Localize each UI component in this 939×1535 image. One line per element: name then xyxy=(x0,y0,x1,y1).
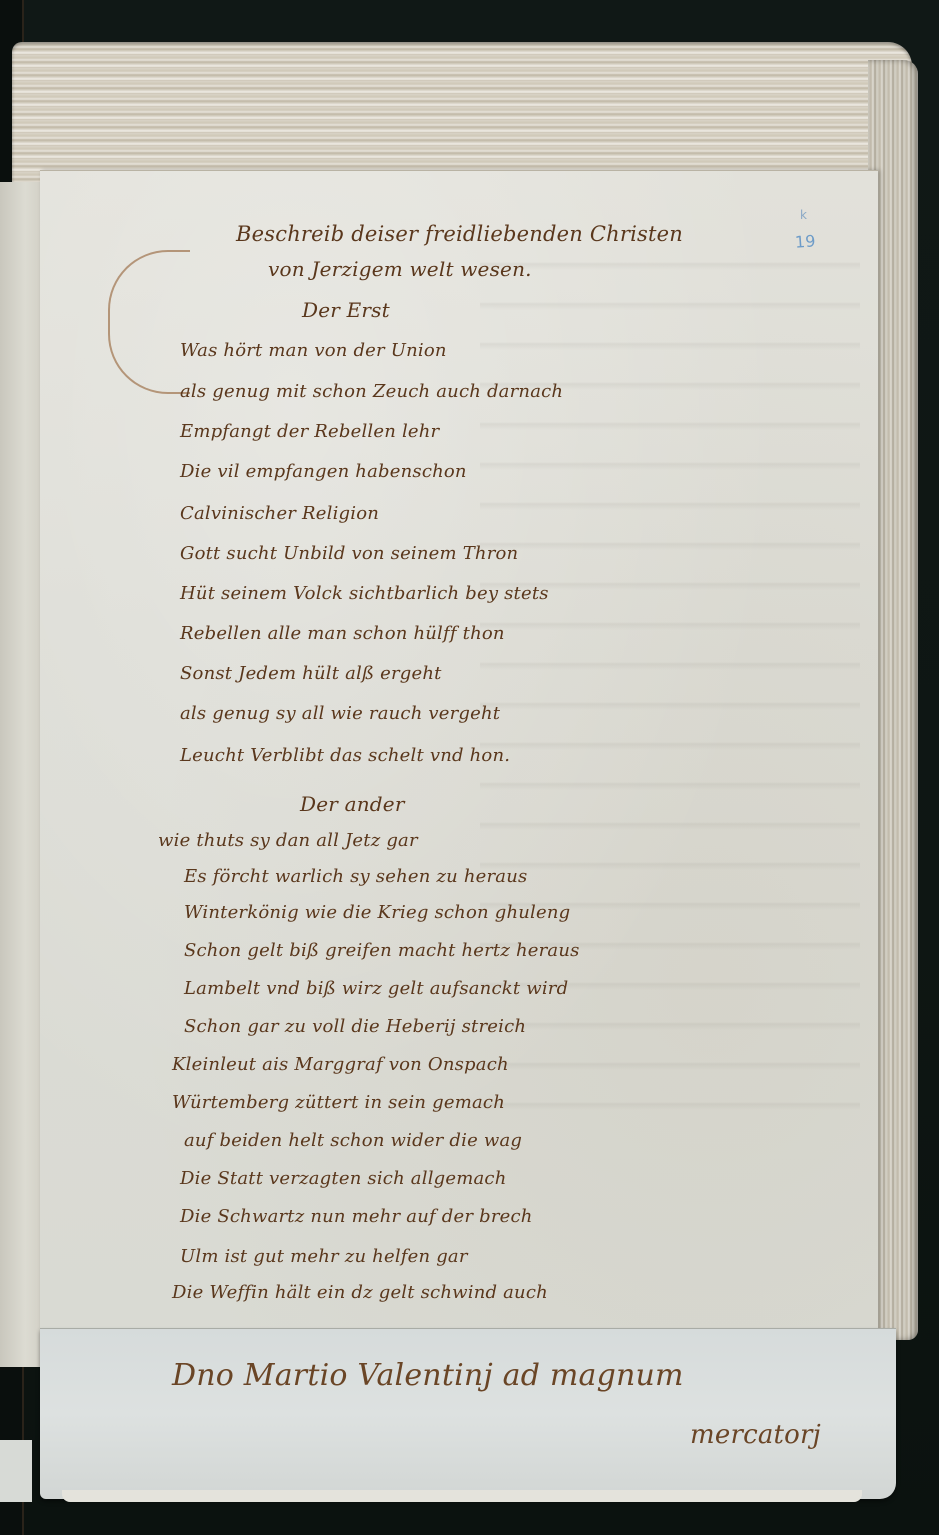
verse-line: wie thuts sy dan all Jetz gar xyxy=(158,830,418,851)
verse-line: Schon gar zu voll die Heberij streich xyxy=(184,1016,526,1037)
verse-line: Leucht Verblibt das schelt vnd hon. xyxy=(180,745,510,766)
folio-number: 19 xyxy=(794,231,816,251)
title-line-1: Beschreib deiser freidliebenden Christen xyxy=(236,222,683,246)
verse-line: Calvinischer Religion xyxy=(180,503,379,524)
endorsement-address-continued: mercatorj xyxy=(690,1420,821,1450)
verse-line: Die Schwartz nun mehr auf der brech xyxy=(180,1206,533,1227)
section-heading-1: Der Erst xyxy=(302,298,390,322)
verse-line: Rebellen alle man schon hülff thon xyxy=(180,623,505,644)
verse-line: als genug mit schon Zeuch auch darnach xyxy=(180,381,563,402)
verse-line: Lambelt vnd biß wirz gelt aufsanckt wird xyxy=(184,978,568,999)
endorsement-address: Dno Martio Valentinj ad magnum xyxy=(172,1358,684,1393)
verse-line: Würtemberg züttert in sein gemach xyxy=(172,1092,505,1113)
verse-line: als genug sy all wie rauch vergeht xyxy=(180,703,500,724)
verse-line: Die vil empfangen habenschon xyxy=(180,461,467,482)
verse-line: Kleinleut ais Marggraf von Onspach xyxy=(172,1054,509,1075)
verse-line: Winterkönig wie die Krieg schon ghuleng xyxy=(184,902,570,923)
fold-torn-edge xyxy=(62,1490,862,1502)
verse-line: Empfangt der Rebellen lehr xyxy=(180,421,439,442)
facing-page-edge xyxy=(0,182,43,1367)
verse-line: auf beiden helt schon wider die wag xyxy=(184,1130,522,1151)
section-heading-2: Der ander xyxy=(300,792,405,816)
verse-line: Es förcht warlich sy sehen zu heraus xyxy=(184,866,527,887)
verse-line: Die Statt verzagten sich allgemach xyxy=(180,1168,507,1189)
verse-line: Hüt seinem Volck sichtbarlich bey stets xyxy=(180,583,549,604)
verse-line: Was hört man von der Union xyxy=(180,340,447,361)
folded-address-strip xyxy=(40,1328,896,1499)
verse-line: Die Weffin hält ein dz gelt schwind auch xyxy=(172,1282,548,1303)
folio-mark: k xyxy=(800,208,807,222)
facing-page-lower-edge xyxy=(0,1440,32,1502)
verse-line: Ulm ist gut mehr zu helfen gar xyxy=(180,1246,468,1267)
verse-line: Sonst Jedem hült alß ergeht xyxy=(180,663,442,684)
verse-line: Schon gelt biß greifen macht hertz herau… xyxy=(184,940,580,961)
verse-line: Gott sucht Unbild von seinem Thron xyxy=(180,543,518,564)
title-line-2: von Jerzigem welt wesen. xyxy=(268,257,532,281)
